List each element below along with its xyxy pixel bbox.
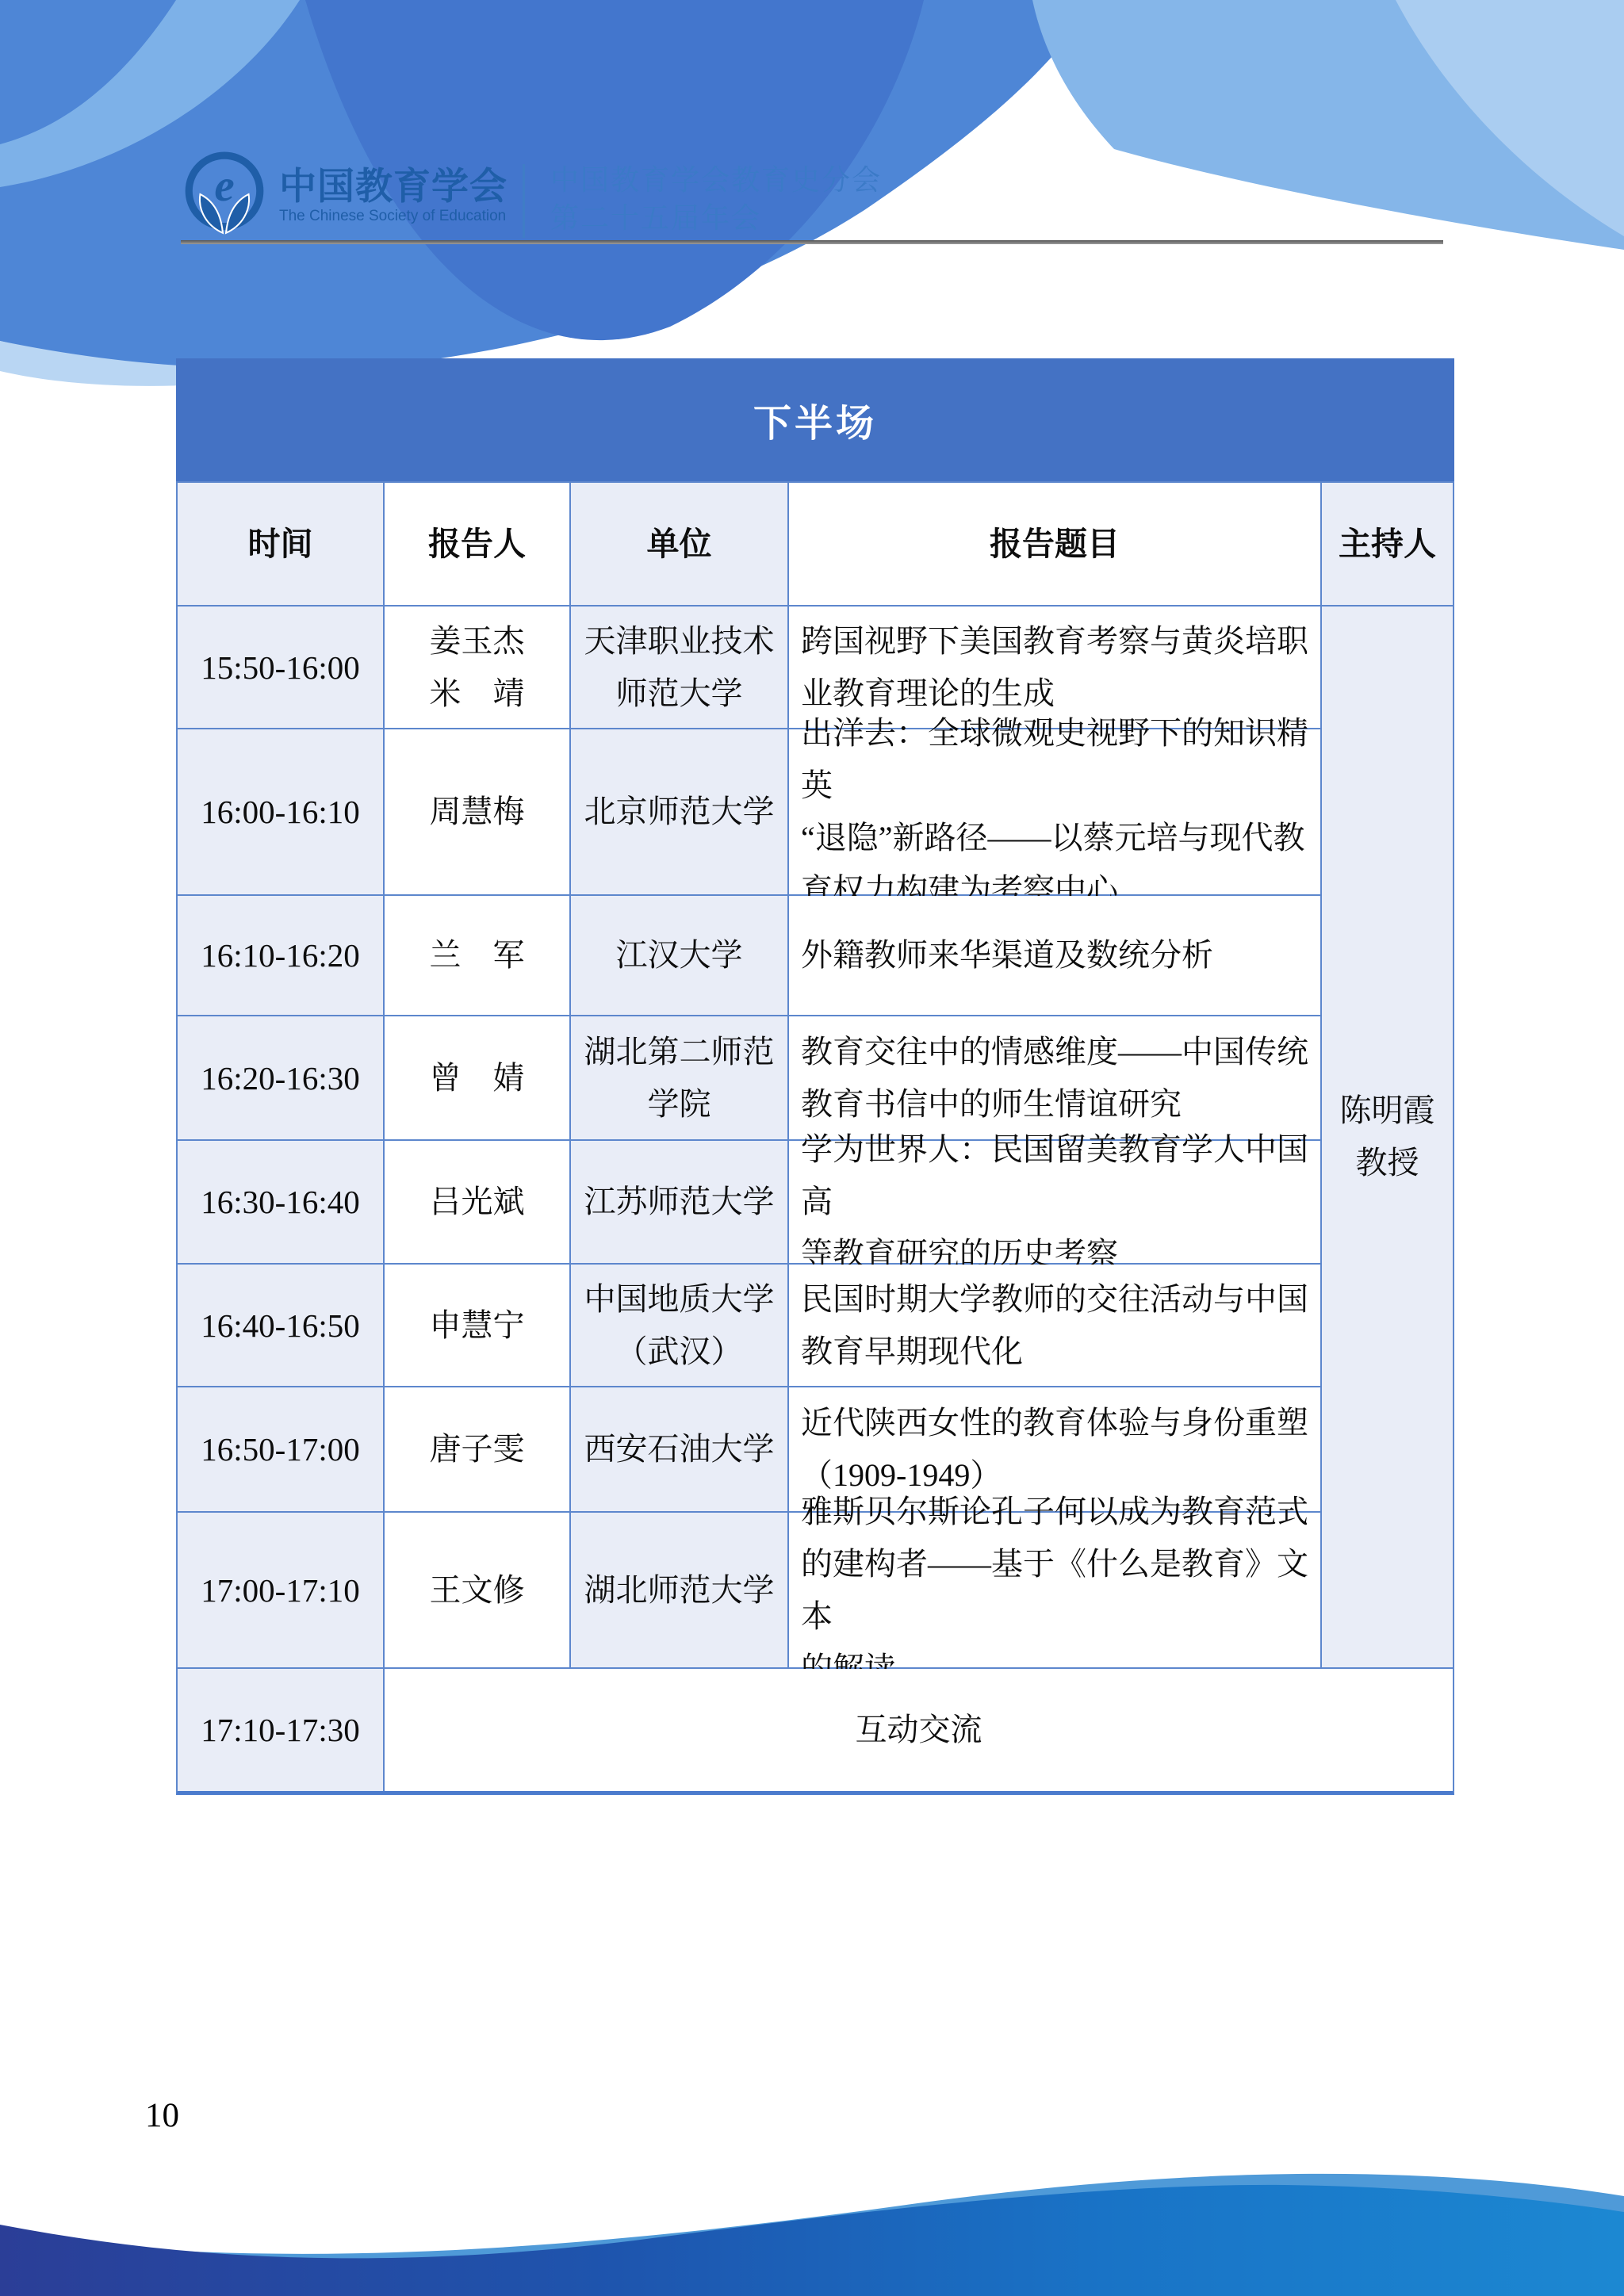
time-cell: 16:30-16:40 — [178, 1141, 383, 1263]
report-title-cell: 出洋去：全球微观史视野下的知识精英 “退隐”新路径——以蔡元培与现代教 育权力构… — [789, 729, 1320, 894]
presenter-cell: 兰 军 — [385, 896, 569, 1015]
interaction-cell: 互动交流 — [385, 1669, 1453, 1791]
bottom-wave-decoration — [0, 2137, 1624, 2296]
report-title-cell: 外籍教师来华渠道及数统分析 — [789, 896, 1320, 1015]
report-title-cell: 雅斯贝尔斯论孔子何以成为教育范式 的建构者——基于《什么是教育》文本 的解读 — [789, 1513, 1320, 1667]
presenter-cell: 曾 婧 — [385, 1016, 569, 1139]
document-page: e 中国教育学会 The Chinese Society of Educatio… — [0, 0, 1624, 2296]
time-cell: 16:20-16:30 — [178, 1016, 383, 1139]
presenter-cell: 唐子雯 — [385, 1387, 569, 1511]
header-rule — [181, 240, 1443, 244]
svg-text:e: e — [214, 161, 234, 211]
unit-cell: 中国地质大学 （武汉） — [571, 1265, 787, 1386]
schedule-grid: 时间报告人单位报告题目主持人15:50-16:00姜玉杰 米 靖天津职业技术 师… — [176, 481, 1454, 1795]
time-cell: 16:50-17:00 — [178, 1387, 383, 1511]
session-title-bar: 下半场 — [176, 358, 1454, 481]
time-cell: 17:00-17:10 — [178, 1513, 383, 1667]
brand-name-en: The Chinese Society of Education — [279, 208, 506, 225]
presenter-cell: 周慧梅 — [385, 729, 569, 894]
conference-session-name: 第二十五届年会 — [550, 199, 882, 237]
column-header-1: 时间 — [178, 483, 383, 605]
column-header-5: 主持人 — [1322, 483, 1453, 605]
branch-header: 中国教育学会教育史分会 第二十五届年会 — [550, 161, 882, 237]
brand-divider — [523, 164, 525, 238]
time-cell: 16:40-16:50 — [178, 1265, 383, 1386]
presenter-cell: 申慧宁 — [385, 1265, 569, 1386]
unit-cell: 江汉大学 — [571, 896, 787, 1015]
time-cell: 15:50-16:00 — [178, 607, 383, 728]
time-cell: 17:10-17:30 — [178, 1669, 383, 1791]
report-title-cell: 学为世界人：民国留美教育学人中国高 等教育研究的历史考察 — [789, 1141, 1320, 1263]
time-cell: 16:00-16:10 — [178, 729, 383, 894]
column-header-2: 报告人 — [385, 483, 569, 605]
report-title-cell: 教育交往中的情感维度——中国传统 教育书信中的师生情谊研究 — [789, 1016, 1320, 1139]
unit-cell: 西安石油大学 — [571, 1387, 787, 1511]
unit-cell: 天津职业技术 师范大学 — [571, 607, 787, 728]
cse-logo-icon: e — [179, 149, 270, 241]
presenter-cell: 王文修 — [385, 1513, 569, 1667]
unit-cell: 北京师范大学 — [571, 729, 787, 894]
host-cell: 陈明霞 教授 — [1322, 607, 1453, 1667]
time-cell: 16:10-16:20 — [178, 896, 383, 1015]
branch-name: 中国教育学会教育史分会 — [550, 161, 882, 199]
schedule-table: 下半场 时间报告人单位报告题目主持人15:50-16:00姜玉杰 米 靖天津职业… — [176, 358, 1454, 1795]
report-title-cell: 民国时期大学教师的交往活动与中国 教育早期现代化 — [789, 1265, 1320, 1386]
unit-cell: 江苏师范大学 — [571, 1141, 787, 1263]
column-header-4: 报告题目 — [789, 483, 1320, 605]
presenter-cell: 姜玉杰 米 靖 — [385, 607, 569, 728]
column-header-3: 单位 — [571, 483, 787, 605]
brand-name-cn: 中国教育学会 — [279, 157, 507, 210]
unit-cell: 湖北师范大学 — [571, 1513, 787, 1667]
page-number: 10 — [145, 2096, 179, 2135]
presenter-cell: 吕光斌 — [385, 1141, 569, 1263]
unit-cell: 湖北第二师范 学院 — [571, 1016, 787, 1139]
